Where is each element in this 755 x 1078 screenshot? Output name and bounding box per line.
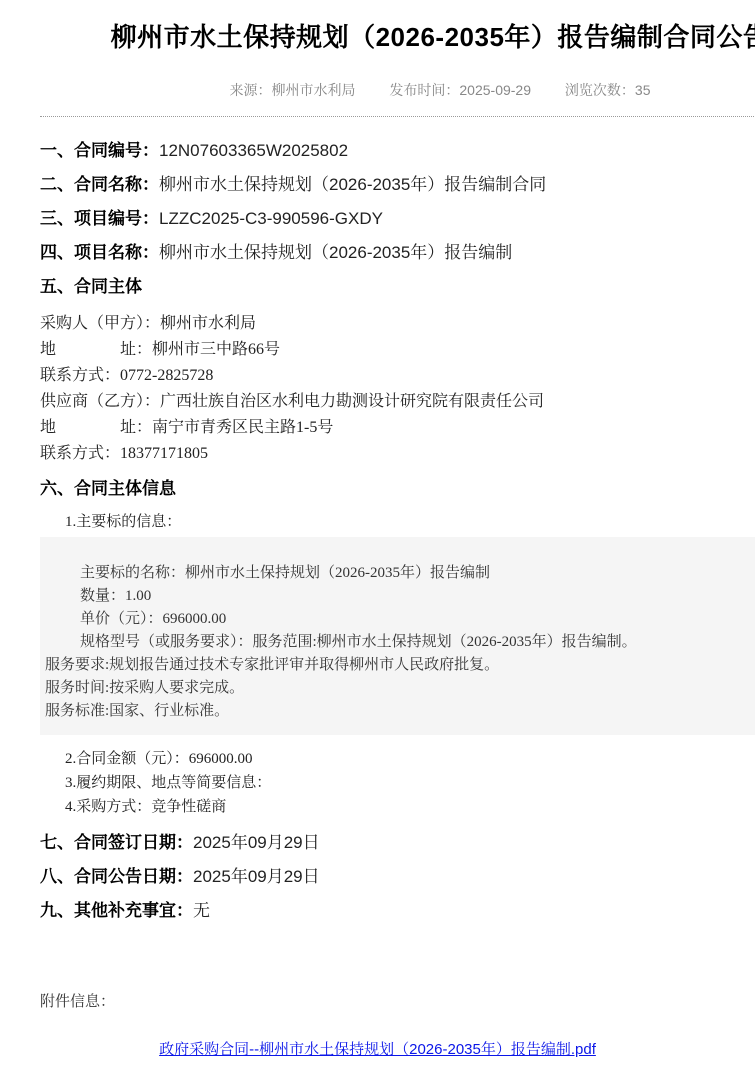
party-buyer-contact: 联系方式：0772-2825728: [40, 363, 755, 389]
heading-subject-info: 六、合同主体信息: [40, 479, 755, 499]
dotted-divider: [40, 116, 755, 117]
attachment-section: 附件信息： 政府采购合同--柳州市水土保持规划（2026-2035年）报告编制.…: [0, 993, 755, 1060]
box-line-unit-price: 单价（元）：696000.00: [45, 608, 755, 631]
field-value: 2025年09月29日: [193, 833, 320, 852]
meta-publish-date: 发布时间：2025-09-29: [389, 82, 531, 98]
field-value: LZZC2025-C3-990596-GXDY: [159, 209, 383, 228]
field-label: 二、合同名称：: [40, 175, 159, 194]
party-buyer: 采购人（甲方）：柳州市水利局: [40, 311, 755, 337]
party-supplier: 供应商（乙方）：广西壮族自治区水利电力勘测设计研究院有限责任公司: [40, 389, 755, 415]
meta-source: 来源：柳州市水利局: [230, 82, 356, 98]
field-sign-date: 七、合同签订日期：2025年09月29日: [40, 833, 755, 853]
box-line-spec: 规格型号（或服务要求）：服务范围:柳州市水土保持规划（2026-2035年）报告…: [45, 631, 755, 654]
subject-items: 2.合同金额（元）：696000.00 3.履约期限、地点等简要信息： 4.采购…: [40, 747, 755, 819]
article-meta: 来源：柳州市水利局 发布时间：2025-09-29 浏览次数：35: [0, 83, 755, 97]
box-line-subject-name: 主要标的名称：柳州市水土保持规划（2026-2035年）报告编制: [45, 562, 755, 585]
field-label: 九、其他补充事宜：: [40, 901, 193, 920]
page-title: 柳州市水土保持规划（2026-2035年）报告编制合同公告: [0, 0, 755, 52]
date-fields: 七、合同签订日期：2025年09月29日 八、合同公告日期：2025年09月29…: [40, 833, 755, 921]
announcement-page: 柳州市水土保持规划（2026-2035年）报告编制合同公告 来源：柳州市水利局 …: [0, 0, 755, 921]
box-line-service-requirement: 服务要求:规划报告通过技术专家批评审并取得柳州市人民政府批复。: [45, 654, 755, 677]
field-contract-number: 一、合同编号：12N07603365W2025802: [40, 141, 755, 161]
field-value: 12N07603365W2025802: [159, 141, 348, 160]
meta-view-count: 浏览次数：35: [565, 82, 651, 98]
announcement-body: 一、合同编号：12N07603365W2025802 二、合同名称：柳州市水土保…: [0, 141, 755, 921]
box-line-service-time: 服务时间:按采购人要求完成。: [45, 677, 755, 700]
attachment-link-row: 政府采购合同--柳州市水土保持规划（2026-2035年）报告编制.pdf: [40, 1040, 715, 1060]
attachment-link[interactable]: 政府采购合同--柳州市水土保持规划（2026-2035年）报告编制.pdf: [159, 1041, 596, 1058]
field-label: 八、合同公告日期：: [40, 867, 193, 886]
field-label: 七、合同签订日期：: [40, 833, 193, 852]
field-value: 2025年09月29日: [193, 867, 320, 886]
party-supplier-contact: 联系方式：18377171805: [40, 441, 755, 467]
field-label: 五、合同主体: [40, 277, 142, 296]
subject-item-2: 2.合同金额（元）：696000.00: [40, 747, 755, 771]
subject-detail-box: 主要标的名称：柳州市水土保持规划（2026-2035年）报告编制 数量：1.00…: [40, 537, 755, 735]
field-project-number: 三、项目编号：LZZC2025-C3-990596-GXDY: [40, 209, 755, 229]
field-project-name: 四、项目名称：柳州市水土保持规划（2026-2035年）报告编制: [40, 243, 755, 263]
field-contract-name: 二、合同名称：柳州市水土保持规划（2026-2035年）报告编制合同: [40, 175, 755, 195]
party-buyer-address: 地 址：柳州市三中路66号: [40, 337, 755, 363]
subject-item-3: 3.履约期限、地点等简要信息：: [40, 771, 755, 795]
subject-item-1: 1.主要标的信息：: [40, 512, 755, 532]
field-announce-date: 八、合同公告日期：2025年09月29日: [40, 867, 755, 887]
field-label: 三、项目编号：: [40, 209, 159, 228]
heading-contract-parties: 五、合同主体: [40, 277, 755, 297]
subject-item-4: 4.采购方式：竞争性磋商: [40, 795, 755, 819]
field-value: 无: [193, 901, 210, 920]
party-supplier-address: 地 址：南宁市青秀区民主路1-5号: [40, 415, 755, 441]
field-other-matters: 九、其他补充事宜：无: [40, 901, 755, 921]
parties-block: 采购人（甲方）：柳州市水利局 地 址：柳州市三中路66号 联系方式：0772-2…: [40, 311, 755, 467]
attachment-label: 附件信息：: [40, 993, 715, 1011]
field-value: 柳州市水土保持规划（2026-2035年）报告编制合同: [159, 175, 546, 194]
field-label: 四、项目名称：: [40, 243, 159, 262]
box-line-service-standard: 服务标准:国家、行业标准。: [45, 700, 755, 723]
field-label: 一、合同编号：: [40, 141, 159, 160]
box-line-quantity: 数量：1.00: [45, 585, 755, 608]
field-value: 柳州市水土保持规划（2026-2035年）报告编制: [159, 243, 512, 262]
